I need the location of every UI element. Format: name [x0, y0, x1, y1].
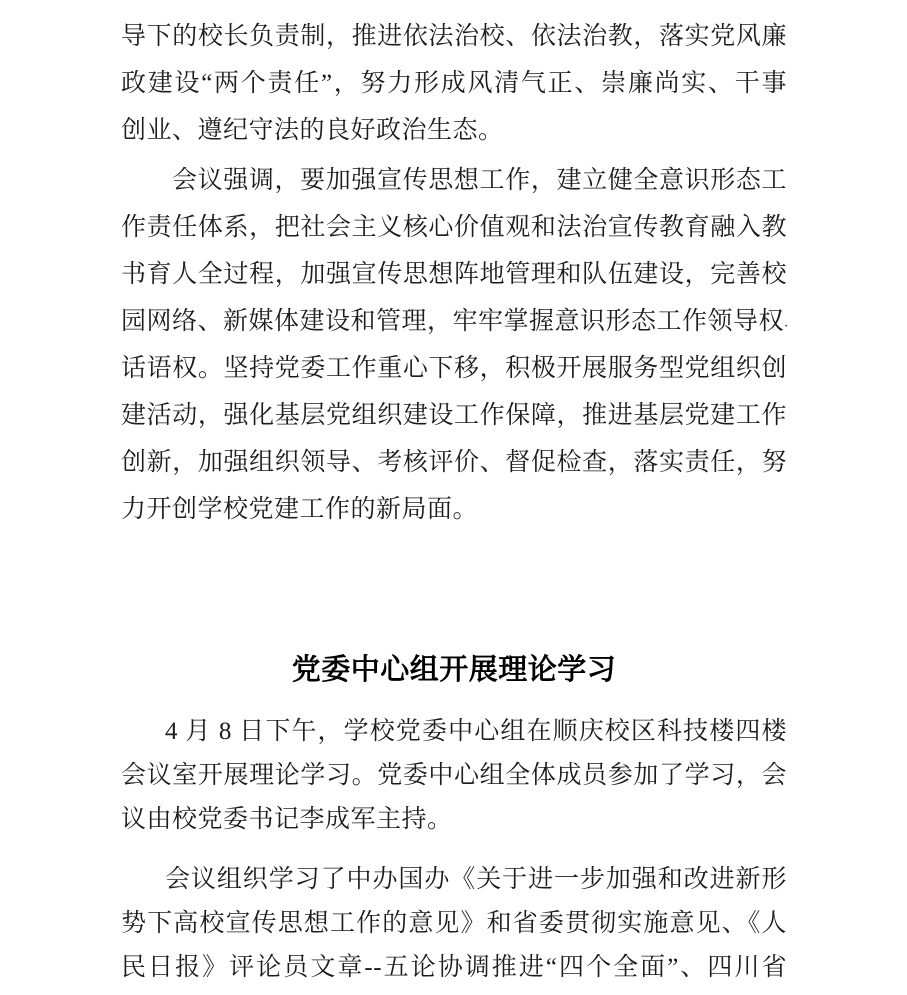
text-line: 导下的校长负责制，推进依法治校、依法治教，落实党风廉	[121, 13, 787, 60]
paragraph-2: 会议强调，要加强宣传思想工作，建立健全意识形态工 作责任体系，把社会主义核心价值…	[121, 157, 787, 533]
text-line: 创新，加强组织领导、考核评价、督促检查，落实责任，努	[121, 439, 787, 486]
article-heading: 党委中心组开展理论学习	[121, 650, 787, 690]
text-line: 势下高校宣传思想工作的意见》和省委贯彻实施意见、《人	[121, 902, 787, 946]
document-body: 导下的校长负责制，推进依法治校、依法治教，落实党风廉 政建设“两个责任”，努力形…	[0, 0, 907, 990]
paragraph-3: 4 月 8 日下午，学校党委中心组在顺庆校区科技楼四楼 会议室开展理论学习。党委…	[121, 710, 787, 842]
text-line: 力开创学校党建工作的新局面。	[121, 486, 787, 533]
text-line: 议由校党委书记李成军主持。	[121, 798, 787, 842]
text-line: 会议组织学习了中办国办《关于进一步加强和改进新形	[121, 858, 787, 902]
text-line: 会议室开展理论学习。党委中心组全体成员参加了学习，会	[121, 754, 787, 798]
paragraph-4: 会议组织学习了中办国办《关于进一步加强和改进新形 势下高校宣传思想工作的意见》和…	[121, 858, 787, 990]
text-line: 话语权。坚持党委工作重心下移，积极开展服务型党组织创	[121, 345, 787, 392]
text-line: 民日报》评论员文章--五论协调推进“四个全面”、四川省	[121, 946, 787, 990]
text-line: 4 月 8 日下午，学校党委中心组在顺庆校区科技楼四楼	[121, 710, 787, 754]
text-line: 政建设“两个责任”，努力形成风清气正、崇廉尚实、干事	[121, 60, 787, 107]
text-line: 会议强调，要加强宣传思想工作，建立健全意识形态工	[121, 157, 787, 204]
text-line: 建活动，强化基层党组织建设工作保障，推进基层党建工作	[121, 392, 787, 439]
paragraph-1: 导下的校长负责制，推进依法治校、依法治教，落实党风廉 政建设“两个责任”，努力形…	[121, 13, 787, 154]
document-page: 导下的校长负责制，推进依法治校、依法治教，落实党风廉 政建设“两个责任”，努力形…	[0, 0, 907, 995]
text-line: 园网络、新媒体建设和管理，牢牢掌握意识形态工作领导权、	[121, 298, 787, 345]
text-line: 创业、遵纪守法的良好政治生态。	[121, 107, 787, 154]
text-line: 书育人全过程，加强宣传思想阵地管理和队伍建设，完善校	[121, 251, 787, 298]
text-line: 作责任体系，把社会主义核心价值观和法治宣传教育融入教	[121, 204, 787, 251]
